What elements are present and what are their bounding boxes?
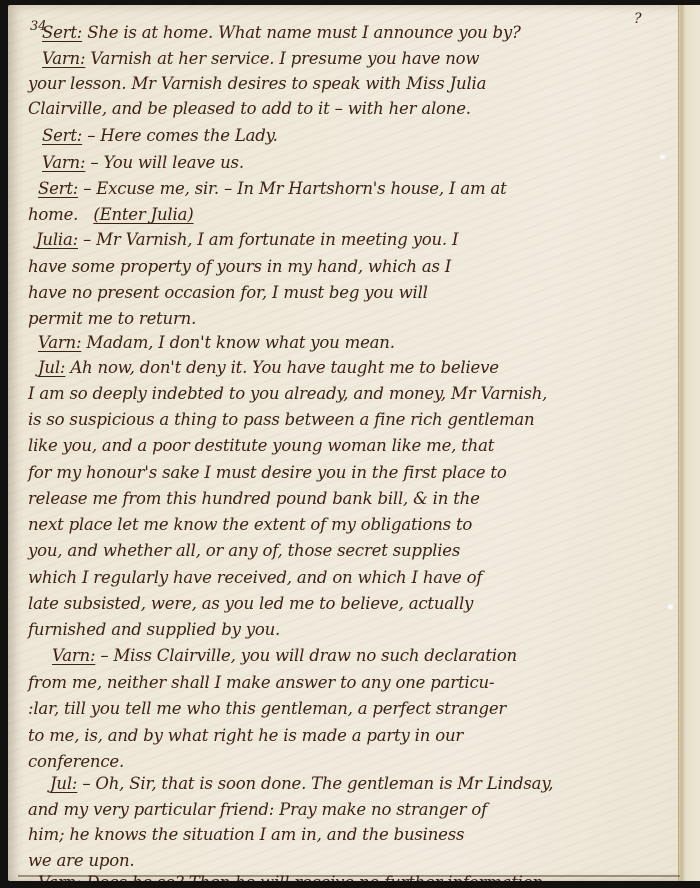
text-line: next place let me know the extent of my … bbox=[28, 515, 472, 534]
text-line: like you, and a poor destitute young wom… bbox=[28, 436, 494, 455]
speaker-label: Julia: bbox=[36, 230, 78, 249]
stage-direction: (Enter Julia) bbox=[93, 205, 193, 224]
text-line: Varn: – Miss Clairville, you will draw n… bbox=[52, 646, 517, 665]
text-line: to me, is, and by what right he is made … bbox=[28, 726, 463, 745]
text-line: Varn: Varnish at her service. I presume … bbox=[42, 49, 479, 68]
speaker-label: Jul: bbox=[50, 774, 77, 793]
speaker-label: Varn: bbox=[42, 153, 85, 172]
text-line: him; he knows the situation I am in, and… bbox=[28, 825, 464, 844]
text-line: and my very particular friend: Pray make… bbox=[28, 800, 487, 819]
text-line: late subsisted, were, as you led me to b… bbox=[28, 594, 473, 613]
text-line: which I regularly have received, and on … bbox=[28, 568, 482, 587]
text-line: conference. bbox=[28, 752, 124, 771]
speaker-label: Sert: bbox=[42, 126, 82, 145]
corner-mark: ? bbox=[634, 11, 642, 27]
speaker-label: Varn: bbox=[38, 873, 81, 881]
text-line: Clairville, and be pleased to add to it … bbox=[28, 99, 471, 118]
text-line: Julia: – Mr Varnish, I am fortunate in m… bbox=[36, 230, 458, 249]
text-line: release me from this hundred pound bank … bbox=[28, 489, 480, 508]
text-line: home. (Enter Julia) bbox=[28, 205, 193, 224]
page-fold bbox=[678, 5, 700, 881]
text-line: I am so deeply indebted to you already, … bbox=[28, 384, 547, 403]
text-line: from me, neither shall I make answer to … bbox=[28, 673, 494, 692]
text-line: furnished and supplied by you. bbox=[28, 620, 280, 639]
text-line: Sert: She is at home. What name must I a… bbox=[42, 23, 521, 42]
text-line: for my honour's sake I must desire you i… bbox=[28, 463, 507, 482]
text-line: is so suspicious a thing to pass between… bbox=[28, 410, 534, 429]
text-line: Varn: Madam, I don't know what you mean. bbox=[38, 333, 395, 352]
text-line: Jul: – Oh, Sir, that is soon done. The g… bbox=[50, 774, 553, 793]
text-line: permit me to return. bbox=[28, 309, 196, 328]
text-line: Sert: – Here comes the Lady. bbox=[42, 126, 278, 145]
text-line: we are upon. bbox=[28, 851, 134, 870]
manuscript-page: 34 ? Sert: She is at home. What name mus… bbox=[8, 5, 700, 881]
text-line: have no present occasion for, I must beg… bbox=[28, 283, 428, 302]
paper-speck bbox=[660, 155, 665, 159]
speaker-label: Jul: bbox=[38, 358, 65, 377]
paper-speck bbox=[668, 605, 673, 609]
text-line: Jul: Ah now, don't deny it. You have tau… bbox=[38, 358, 499, 377]
speaker-label: Sert: bbox=[42, 23, 82, 42]
text-line: have some property of yours in my hand, … bbox=[28, 257, 451, 276]
text-line: you, and whether all, or any of, those s… bbox=[28, 541, 460, 560]
speaker-label: Sert: bbox=[38, 179, 78, 198]
text-line: your lesson. Mr Varnish desires to speak… bbox=[28, 74, 486, 93]
speaker-label: Varn: bbox=[38, 333, 81, 352]
speaker-label: Varn: bbox=[42, 49, 85, 68]
speaker-label: Varn: bbox=[52, 646, 95, 665]
text-line: Varn: Does he so? Then he will receive n… bbox=[38, 873, 543, 881]
text-line: Sert: – Excuse me, sir. – In Mr Hartshor… bbox=[38, 179, 507, 198]
text-line: Varn: – You will leave us. bbox=[42, 153, 244, 172]
text-line: :lar, till you tell me who this gentlema… bbox=[28, 699, 506, 718]
